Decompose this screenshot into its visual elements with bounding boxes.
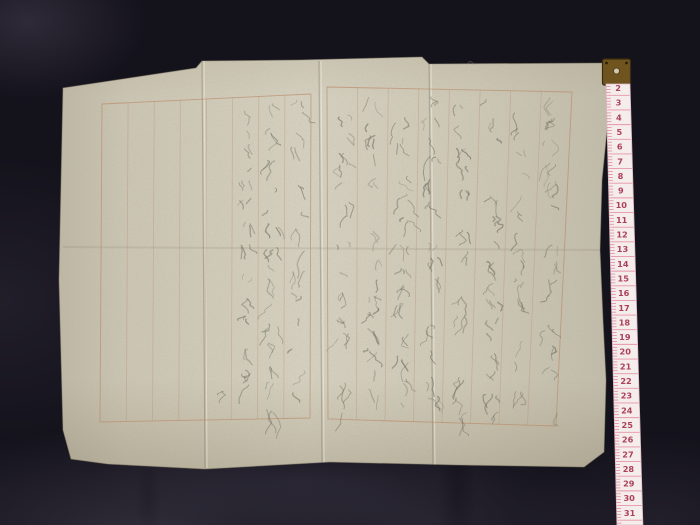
tape-number: 13 <box>617 244 629 254</box>
tape-number: 23 <box>621 391 633 401</box>
tape-number: 31 <box>624 508 636 518</box>
tape-number: 24 <box>621 405 633 415</box>
tape-number: 2 <box>615 83 621 93</box>
tape-number: 26 <box>622 435 634 445</box>
pencil-stroke <box>466 258 467 266</box>
tape-number: 25 <box>622 420 634 430</box>
tape-number: 20 <box>620 347 632 357</box>
tape-clip-dot <box>605 62 608 65</box>
tape-number: 17 <box>618 303 630 313</box>
letter-paper <box>59 57 610 469</box>
tape-measure: 2345678910111213141516171819202122232425… <box>603 59 643 525</box>
photo-canvas: 2345678910111213141516171819202122232425… <box>0 0 700 525</box>
tape-number: 3 <box>616 98 622 108</box>
tape-number: 21 <box>620 361 632 371</box>
tape-number: 4 <box>616 112 622 122</box>
tape-number: 16 <box>618 288 630 298</box>
tape-clip-rivet <box>614 68 620 74</box>
tape-number: 19 <box>619 332 631 342</box>
tape-number: 15 <box>618 273 630 283</box>
tape-number: 29 <box>623 479 635 489</box>
tape-number: 5 <box>616 127 622 137</box>
paper-shading <box>59 57 610 469</box>
tape-number: 27 <box>622 449 634 459</box>
tape-number: 7 <box>617 156 623 166</box>
tape-number: 12 <box>616 230 627 240</box>
pencil-stroke <box>369 297 370 302</box>
photo: 2345678910111213141516171819202122232425… <box>0 0 700 525</box>
tape-number: 14 <box>617 259 629 269</box>
tape-clip-dot <box>625 62 628 65</box>
tape-number: 6 <box>617 142 623 152</box>
pencil-stroke <box>298 319 299 325</box>
tape-number: 10 <box>616 200 628 210</box>
tape-number: 8 <box>618 171 624 181</box>
tape-number: 11 <box>616 215 628 225</box>
tape-number: 30 <box>623 493 635 503</box>
tape-number: 22 <box>620 376 631 386</box>
tape-number: 28 <box>623 464 635 474</box>
tape-number: 9 <box>618 186 624 196</box>
pencil-stroke <box>250 226 251 237</box>
tape-number: 18 <box>619 317 631 327</box>
